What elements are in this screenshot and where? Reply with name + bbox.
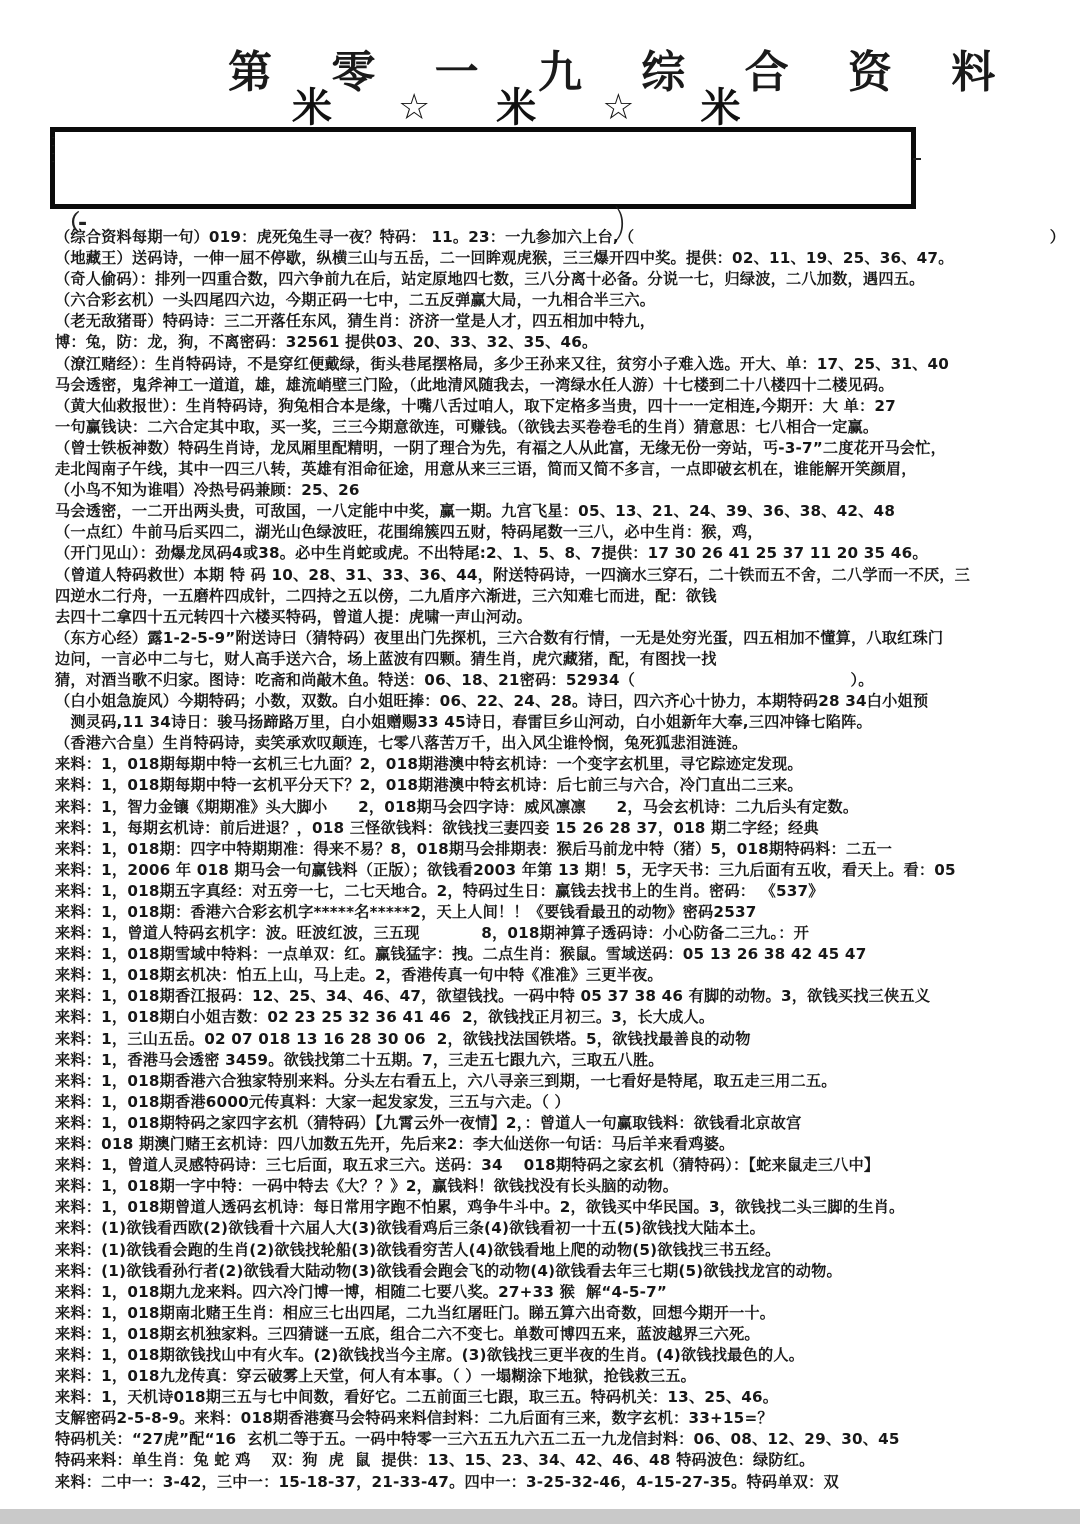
text-line: 特码机关：“27虎”配“16 玄机二等于五。一码中特零一三六五五九六五二五一九龙… [55, 1429, 1066, 1450]
text-line: （开门见山）：劲爆龙凤码4或38。必中生肖蛇或虎。不出特尾:2、1、5、8、7提… [55, 543, 1066, 564]
text-line: 来料：1，018期每期中特一玄机三七九面？2，018期港澳中特玄机诗：一个变字玄… [55, 754, 1066, 775]
text-line: 来料：1，018期香江报码：12、25、34、46、47，欲望钱找。一码中特 0… [55, 986, 1066, 1007]
text-line: 来料：1，018期玄机独家料。三四猜谜一五底，组合二六不变七。单数可博四五来，蓝… [55, 1324, 1066, 1345]
content-lines: （综合资料每期一句）019：虎死兔生寻一夜？特码： 11。23：一九参加六上台,… [55, 227, 1066, 1493]
text-line: 来料：(1)欲钱看会跑的生肖(2)欲钱找轮船(3)欲钱看穷苦人(4)欲钱看地上爬… [55, 1240, 1066, 1261]
text-line: 特码来料：单生肖：兔 蛇 鸡 双：狗 虎 鼠 提供：13、15、23、34、42… [55, 1450, 1066, 1471]
text-line: 来料：1，香港马会透密 3459。欲钱找第二十五期。7，三走五七跟九六，三取五八… [55, 1050, 1066, 1071]
text-line: （曾士铁板神数）特码生肖诗，龙凤厢里配精明，一阴了理合为先，有福之人从此富，无缘… [55, 438, 1066, 459]
text-line: 来料：1，2006 年 018 期马会一句赢钱料（正版）；欲钱看2003 年第 … [55, 860, 1066, 881]
text-line: 来料：1，018期曾道人透码玄机诗：每日常用字跑不怕累，鸡争牛斗中。2，欲钱买中… [55, 1197, 1066, 1218]
text-line: 马会透密，一二开出两头贵，可敌国，一八定能中中奖，赢一期。九宫飞星：05、13、… [55, 501, 1066, 522]
text-line: 来料：1，018期一字中特：一码中特去《大？？》2，赢钱料！欲钱找没有长头脑的动… [55, 1176, 1066, 1197]
text-line: （奇人偷码）：排列一四重合数，四六争前九在后，站定原地四七数，三八分离十必备。分… [55, 269, 1066, 290]
text-line: （小鸟不知为谁唱）冷热号码兼顾：25、26 [55, 480, 1066, 501]
text-line: （黄大仙救报世）：生肖特码诗，狗兔相合本是缘，十嘴八舌过咱人，取下定格多当贵，四… [55, 396, 1066, 417]
text-line: 猜，对酒当歌不归家。图诗：吃斋和尚敲木鱼。特送：06、18、21密码：52934… [55, 670, 1066, 691]
document-page: 第 零 一 九 综 合 资 料 米☆米☆米 - - - - （- ） （综合资料… [0, 0, 1080, 1524]
text-line: 来料：1，018期香港六合独家特别来料。分头左右看五上，六八寻亲三到期，一七看好… [55, 1071, 1066, 1092]
text-line: 来料：1，018期雪域中特料：一点单双：红。赢钱猛字：拽。二点生肖：猴鼠。雪域送… [55, 944, 1066, 965]
text-line: （东方心经）露1-2-5-9”附送诗曰（猜特码）夜里出门先探机，三六合数有行情，… [55, 628, 1066, 649]
text-line: 来料：二中一：3-42，三中一：15-18-37，21-33-47。四中一：3-… [55, 1472, 1066, 1493]
text-line: 去四十二拿四十五元转四十六楼买特码，曾道人提：虎啸一声山河动。 [55, 607, 1066, 628]
text-line: （香港六合皇）生肖特码诗，卖笑承欢叹颠连，七零八落苦万千，出入风尘谁怜悯，兔死狐… [55, 733, 1066, 754]
text-line: 来料：1，曾道人灵感特码诗：三七后面，取五求三六。送码：34 018期特码之家玄… [55, 1155, 1066, 1176]
text-line: 来料：018 期澳门赌王玄机诗：四八加数五先开，先后来2：李大仙送你一句话：马后… [55, 1134, 1066, 1155]
text-line: 博：兔，防：龙，狗，不离密码：32561 提供03、20、33、32、35、46… [55, 332, 1066, 353]
text-line: 来料：1，天机诗018期三五与七中间数，看好它。二五前面三七跟，取三五。特码机关… [55, 1387, 1066, 1408]
text-line: 测灵码,11 34诗日：骏马扬蹄路万里，白小姐赠赐33 45诗日，春雷巨乡山河动… [55, 712, 1066, 733]
text-line: 来料：1，曾道人特码玄机字：波。旺波红波，三五现 8，018期神算子透码诗：小心… [55, 923, 1066, 944]
text-line: 来料：1，018期：香港六合彩玄机字*****名*****2，天上人间！！《要钱… [55, 902, 1066, 923]
star-burst-icon: 米 [496, 88, 536, 128]
text-line: 来料：1，三山五岳。02 07 018 13 16 28 30 06 2，欲钱找… [55, 1029, 1066, 1050]
header-box [50, 127, 916, 209]
text-line: 来料：1，018期欲钱找山中有火车。(2)欲钱找当今主席。(3)欲钱找三更半夜的… [55, 1345, 1066, 1366]
text-line: （综合资料每期一句）019：虎死兔生寻一夜？特码： 11。23：一九参加六上台,… [55, 227, 1066, 248]
text-line: 一句赢钱诀：二六合定其中取，买一奖，三三今期意欲连，可赚钱。（欲钱去买卷卷毛的生… [55, 417, 1066, 438]
text-line: 来料：1，018期玄机决：怕五上山，马上走。2，香港传真一句中特《准准》三更半夜… [55, 965, 1066, 986]
text-line: 来料：1，智力金镶《期期准》头大脚小 2，018期马会四字诗：威风凛凛 2，马会… [55, 797, 1066, 818]
text-line: 支解密码2-5-8-9。来料：018期香港赛马会特码来料信封料：二九后面有三来，… [55, 1408, 1066, 1429]
text-line: 来料：1，018九龙传真：穿云破雾上天堂，何人有本事。（ ）一塌糊涂下地狱，抢钱… [55, 1366, 1066, 1387]
text-line: 四逆水二行舟，一五磨杵四成针，二四持之五以傍，二九盾序六渐进，三六知难七而进，配… [55, 586, 1066, 607]
text-line: 来料：(1)欲钱看孙行者(2)欲钱看大陆动物(3)欲钱看会跑会飞的动物(4)欲钱… [55, 1261, 1066, 1282]
text-line: （老无敌猪哥）特码诗：三二开落任东风，猜生肖：济济一堂是人才，四五相加中特九， [55, 311, 1066, 332]
text-line: 来料：1，018期五字真经：对五旁一七，二七天地合。2，特码过生日：赢钱去找书上… [55, 881, 1066, 902]
text-line: （六合彩玄机）一头四尾四六边，今期正码一七中，二五反弹赢大局，一九相合半三六。 [55, 290, 1066, 311]
text-line: （一点红）牛前马后买四二，湖光山色绿波旺，花围绵簇四五财，特码尾数一三八，必中生… [55, 522, 1066, 543]
star-burst-icon: ☆ [398, 90, 430, 126]
text-line: 边问，一言必中二与七，财人高手送六合，场上蓝波有四颗。猜生肖，虎穴藏猪，配，有图… [55, 649, 1066, 670]
text-line: 来料：1，018期南北赌王生肖：相应三七出四尾，二九当红屠旺门。睇五算六出奇数，… [55, 1303, 1066, 1324]
text-line: （曾道人特码救世）本期 特 码 10、28、31、33、36、44，附送特码诗，… [55, 565, 1066, 586]
text-line: （地藏王）送码诗，一伸一屈不停歇，纵横三山与五岳，二一回眸观虎猴，三三爆开四中奖… [55, 248, 1066, 269]
text-line: 马会透密，鬼斧神工一道道，雄，雄流峭壁三门险，（此地清风随我去，一湾绿水任人游）… [55, 375, 1066, 396]
star-burst-icon: 米 [292, 88, 332, 128]
decoration-row: 米☆米☆米 [292, 88, 741, 128]
text-line: 来料：1，每期玄机诗：前后进退？，018 三怪欲钱料：欲钱找三妻四妾 15 26… [55, 818, 1066, 839]
text-line: 来料：1，018期九龙来料。四六冷门博一博，相随二七要八奖。27+33 猴 解“… [55, 1282, 1066, 1303]
text-line: （白小姐急旋风）今期特码；小数，双数。白小姐旺捧：06、22、24、28。诗曰，… [55, 691, 1066, 712]
text-line: 来料：1，018期香港6000元传真料：大家一起发家发，三五与六走。（ ） [55, 1092, 1066, 1113]
text-line: 来料：1，018期特码之家四字玄机（猜特码）【九霄云外一夜情】2，：曾道人一句赢… [55, 1113, 1066, 1134]
footer-band [0, 1509, 1080, 1524]
box-tick-mark [913, 158, 921, 160]
star-burst-icon: 米 [701, 88, 741, 128]
text-line: 来料：(1)欲钱看西欧(2)欲钱看十六届人大(3)欲钱看鸡后三条(4)欲钱看初一… [55, 1218, 1066, 1239]
text-line: 来料：1，018期：四字中特期期准：得来不易？8，018期马会排期表：猴后马前龙… [55, 839, 1066, 860]
text-line: 来料：1，018期每期中特一玄机平分天下？2，018期港澳中特玄机诗：后七前三与… [55, 775, 1066, 796]
text-line: 走北闯南子午线，其中一四三八转，英雄有泪命征途，用意从来三三语，简而又简不多言，… [55, 459, 1066, 480]
text-line: 来料：1，018期白小姐吉数：02 23 25 32 36 41 46 2，欲钱… [55, 1007, 1066, 1028]
box-edge-marks: - - - - [52, 134, 58, 198]
text-line: （潦江赌经）：生肖特码诗，不是穿红便戴绿，街头巷尾摆格局，多少王孙来又往，贫穷小… [55, 354, 1066, 375]
star-burst-icon: ☆ [602, 90, 634, 126]
